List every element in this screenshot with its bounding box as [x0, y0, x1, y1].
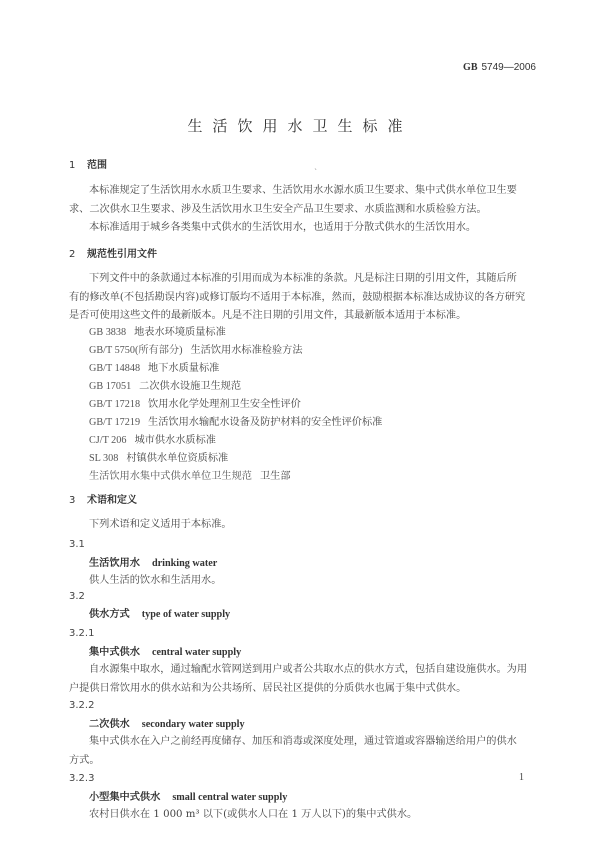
section-number: 3: [69, 492, 87, 511]
term-en: drinking water: [152, 558, 217, 569]
section-2-heading: 2规范性引用文件: [69, 246, 157, 265]
reference-code: 生活饮用水集中式供水单位卫生规范: [89, 468, 252, 487]
section-1-paragraph-1: 本标准规定了生活饮用水水质卫生要求、生活饮用水水源水质卫生要求、集中式供水单位卫…: [69, 182, 539, 219]
reference-title: 村镇供水单位资质标准: [126, 453, 228, 464]
reference-item: SL 308村镇供水单位资质标准: [89, 450, 228, 469]
clause-number: 3.2.1: [69, 625, 94, 644]
reference-item: 生活饮用水集中式供水单位卫生规范卫生部: [89, 468, 291, 487]
reference-title: 饮用水化学处理剂卫生安全性评价: [148, 399, 301, 410]
reference-code: CJ/T 206: [89, 432, 126, 451]
reference-item: GB/T 5750(所有部分)生活饮用水标准检验方法: [89, 342, 303, 361]
text-line: 有的修改单(不包括勘误内容)或修订版均不适用于本标准，然而，鼓励根据本标准达成协…: [69, 289, 539, 308]
term-zh: 生活饮用水: [89, 557, 140, 569]
reference-title: 城市供水水质标准: [134, 435, 216, 446]
term-heading: 小型集中式供水small central water supply: [89, 788, 287, 808]
scan-speck: `: [314, 168, 318, 177]
text-line: 求、二次供水卫生要求、涉及生活饮用水卫生安全产品卫生要求、水质监测和水质检验方法…: [69, 201, 539, 220]
reference-code: GB/T 17219: [89, 414, 140, 433]
standard-number: 5749—2006: [482, 62, 537, 73]
reference-title: 地表水环境质量标准: [134, 327, 226, 338]
document-page: GB5749—2006 生活饮用水卫生标准 ` 1范围 本标准规定了生活饮用水水…: [0, 0, 600, 848]
reference-item: CJ/T 206城市供水水质标准: [89, 432, 216, 451]
section-3-intro: 下列术语和定义适用于本标准。: [89, 516, 232, 535]
term-definition: 供人生活的饮水和生活用水。: [89, 572, 221, 591]
reference-code: GB 17051: [89, 378, 131, 397]
reference-item: GB/T 14848地下水质量标准: [89, 360, 219, 379]
section-number: 2: [69, 246, 87, 265]
text-line: 集中式供水在入户之前经再度储存、加压和消毒或深度处理，通过管道或容器输送给用户的…: [69, 733, 539, 752]
page-number: 1: [519, 772, 524, 783]
section-2-intro: 下列文件中的条款通过本标准的引用而成为本标准的条款。凡是标注日期的引用文件，其随…: [69, 270, 539, 326]
text-line: 自水源集中取水，通过输配水管网送到用户或者公共取水点的供水方式，包括自建设施供水…: [69, 661, 539, 680]
term-definition: 自水源集中取水，通过输配水管网送到用户或者公共取水点的供水方式，包括自建设施供水…: [69, 661, 539, 698]
text-line: 是否可使用这些文件的最新版本。凡是不注日期的引用文件，其最新版本适用于本标准。: [69, 307, 539, 326]
reference-code: SL 308: [89, 450, 118, 469]
term-zh: 小型集中式供水: [89, 791, 160, 803]
reference-item: GB/T 17218饮用水化学处理剂卫生安全性评价: [89, 396, 301, 415]
reference-title: 生活饮用水输配水设备及防护材料的安全性评价标准: [148, 417, 382, 428]
clause-number: 3.2.3: [69, 770, 94, 789]
clause-number: 3.2: [69, 588, 85, 607]
term-heading: 供水方式type of water supply: [89, 605, 230, 625]
term-en: type of water supply: [142, 609, 230, 620]
term-en: secondary water supply: [142, 719, 245, 730]
reference-item: GB/T 17219生活饮用水输配水设备及防护材料的安全性评价标准: [89, 414, 382, 433]
section-1-paragraph-2: 本标准适用于城乡各类集中式供水的生活饮用水，也适用于分散式供水的生活饮用水。: [69, 219, 539, 238]
text-line: 下列文件中的条款通过本标准的引用而成为本标准的条款。凡是标注日期的引用文件，其随…: [69, 270, 539, 289]
section-1-heading: 1范围: [69, 157, 107, 176]
text-line: 方式。: [69, 752, 539, 771]
section-title: 术语和定义: [87, 495, 137, 506]
clause-number: 3.1: [69, 536, 85, 555]
reference-code: GB/T 5750(所有部分): [89, 342, 182, 361]
standard-prefix: GB: [463, 62, 477, 73]
document-title: 生活饮用水卫生标准: [0, 115, 600, 136]
reference-title: 生活饮用水标准检验方法: [190, 345, 302, 356]
term-en: central water supply: [152, 647, 241, 658]
text-line: 户提供日常饮用水的供水站和为公共场所、居民社区提供的分质供水也属于集中式供水。: [69, 680, 539, 699]
reference-code: GB/T 17218: [89, 396, 140, 415]
term-heading: 集中式供水central water supply: [89, 643, 241, 663]
term-zh: 二次供水: [89, 718, 130, 730]
section-number: 1: [69, 157, 87, 176]
reference-code: GB/T 14848: [89, 360, 140, 379]
term-en: small central water supply: [172, 792, 287, 803]
term-heading: 生活饮用水drinking water: [89, 554, 217, 574]
term-definition: 农村日供水在 1 000 m³ 以下(或供水人口在 1 万人以下)的集中式供水。: [89, 806, 417, 825]
section-3-heading: 3术语和定义: [69, 492, 137, 511]
reference-title: 地下水质量标准: [148, 363, 219, 374]
text-line: 本标准规定了生活饮用水水质卫生要求、生活饮用水水源水质卫生要求、集中式供水单位卫…: [69, 182, 539, 201]
term-zh: 集中式供水: [89, 646, 140, 658]
reference-title: 卫生部: [260, 471, 291, 482]
section-title: 范围: [87, 160, 107, 171]
term-definition: 集中式供水在入户之前经再度储存、加压和消毒或深度处理，通过管道或容器输送给用户的…: [69, 733, 539, 770]
term-heading: 二次供水secondary water supply: [89, 715, 245, 735]
reference-code: GB 3838: [89, 324, 126, 343]
term-zh: 供水方式: [89, 608, 130, 620]
reference-title: 二次供水设施卫生规范: [139, 381, 241, 392]
reference-item: GB 17051二次供水设施卫生规范: [89, 378, 241, 397]
clause-number: 3.2.2: [69, 697, 94, 716]
section-title: 规范性引用文件: [87, 249, 157, 260]
standard-code: GB5749—2006: [463, 62, 536, 73]
reference-item: GB 3838地表水环境质量标准: [89, 324, 226, 343]
